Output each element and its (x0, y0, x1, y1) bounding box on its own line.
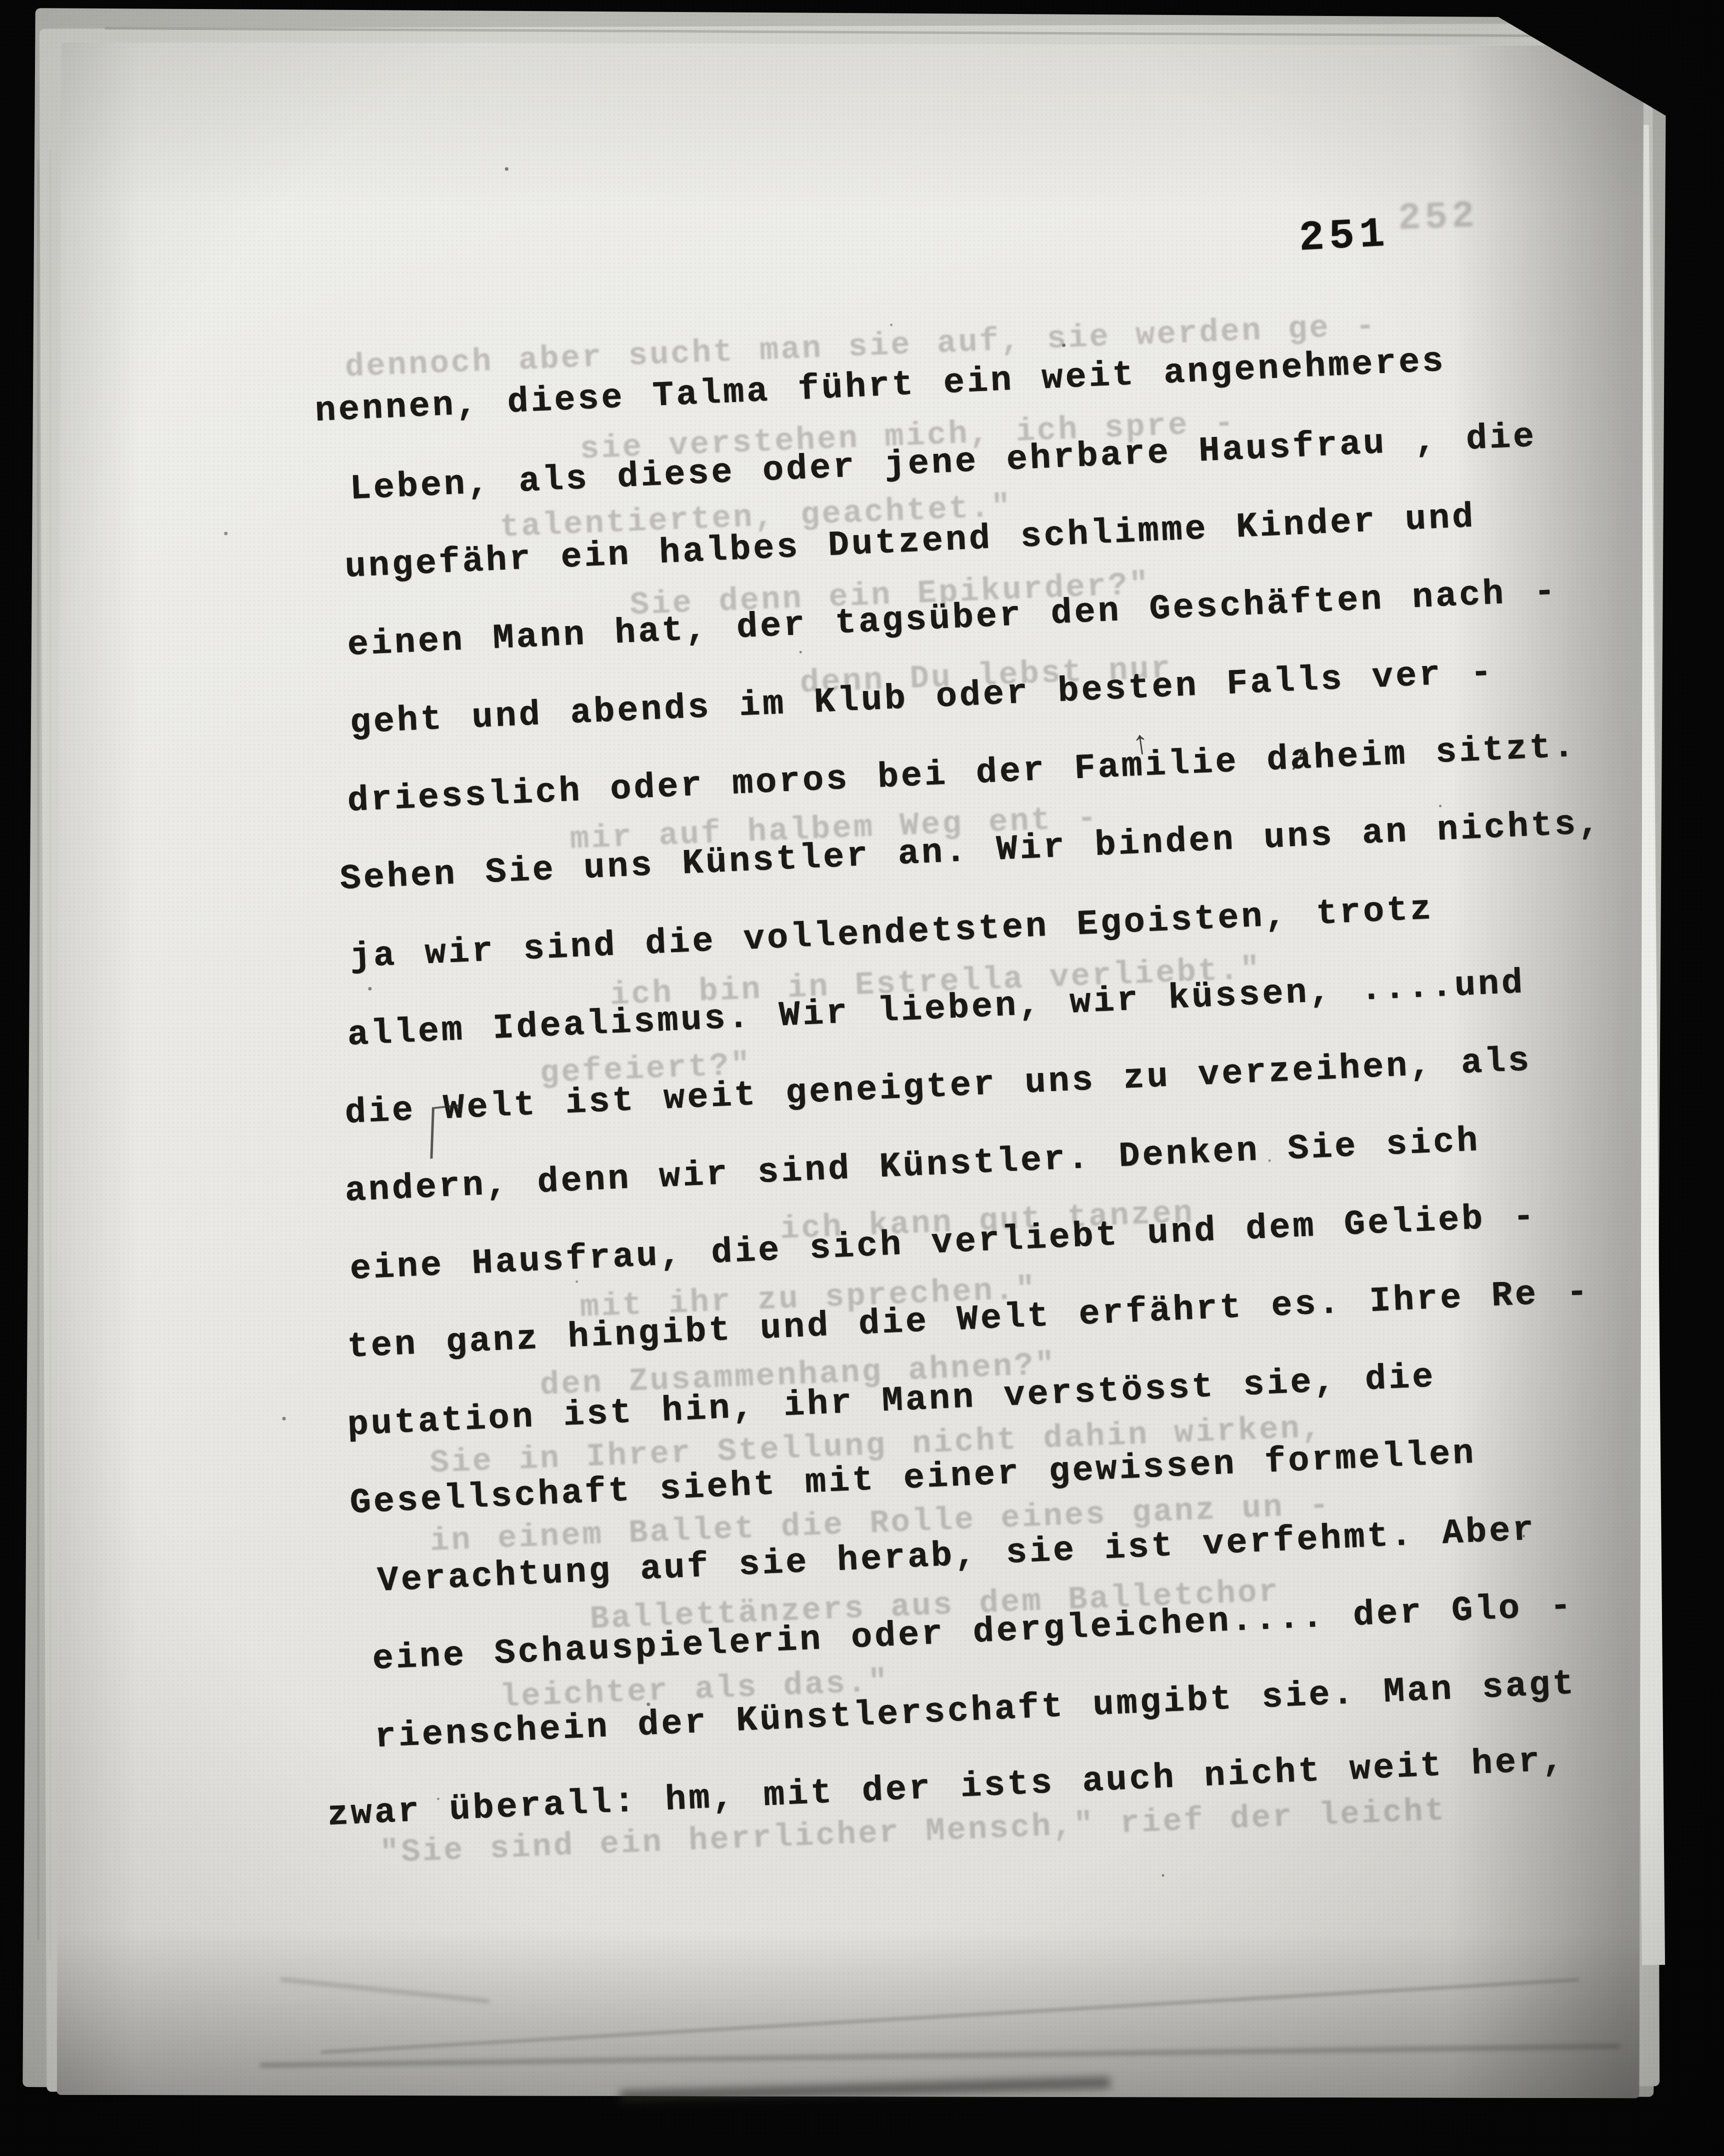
sheet-edge-line (37, 160, 39, 1940)
scanned-document-view: 252 251 dennoch aber sucht man sie auf, … (0, 0, 1724, 2156)
dust-specks (61, 42, 62, 44)
sheet-edge-line (49, 150, 51, 1960)
page-number: 251 (1298, 210, 1391, 262)
handwritten-margin-tick-mark (430, 1104, 460, 1159)
bleedthrough-page-number: 252 (1397, 194, 1479, 240)
